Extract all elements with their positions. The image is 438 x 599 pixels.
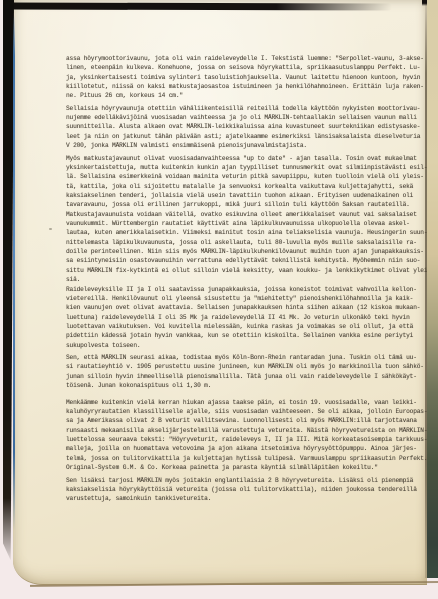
spine-blue-line [13,15,16,530]
paragraph-6: Menkäämme kuitenkin vielä kerran hiukan … [66,398,432,473]
paragraph-5: Sen, että MÄRKLIN seurasi aikaa, todista… [66,353,432,390]
paragraph-4: Raideleveyksille II ja I oli saatavissa … [66,285,432,350]
top-gutter-shadow [6,2,392,10]
paragraph-7: Sen lisäksi tarjosi MÄRKLIN myös joitaki… [66,476,432,504]
paragraph-1: assa höyrymoottorivaunu, jota oli vain r… [66,54,432,101]
scanned-book-page-photo: { "document": { "description": "Scanned … [0,0,438,599]
scan-speck [49,228,52,230]
adjacent-page-edge [427,0,438,578]
paragraph-3: Myös matkustajavaunut olivat vuosisadanv… [66,154,432,285]
paragraph-2: Sellaisia höyryvaunuja otettiin vähäliik… [66,104,432,151]
